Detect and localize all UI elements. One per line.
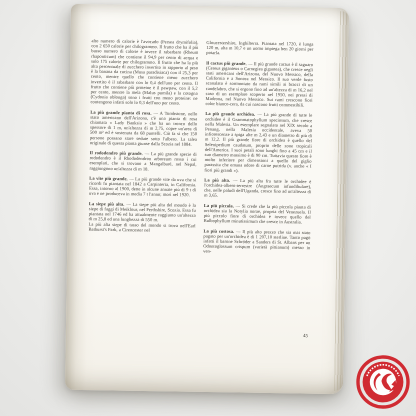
paragraph-continuation: alto numero di calorie è l'avocado (Pers…	[90, 38, 198, 106]
record-entry-vine: La vite più grande. — La più grande vite…	[89, 176, 196, 198]
record-entry-rhododendron: Il rododendro più grande. — La più grand…	[89, 150, 196, 172]
record-entry-cactus: Il cactus più grande. — Il più grande ca…	[205, 60, 313, 108]
record-entry-orchid-largest: La più grande orchidea. — La più grande …	[204, 111, 312, 174]
record-entry-hedge: La siepe più alta. — La siepe più alta d…	[89, 201, 196, 223]
record-body: — Il più grande cactus è il saguaro (Cer…	[205, 61, 313, 108]
photo-scene: alto numero di calorie è l'avocado (Pers…	[0, 0, 416, 416]
watermark-stamp	[356, 355, 410, 409]
book-page-photo: alto numero di calorie è l'avocado (Pers…	[65, 4, 349, 394]
record-entry-rose-plant: La più grande pianta di rosa. — A Tombst…	[90, 109, 198, 146]
right-text-column: Gloucestershire, Inghilterra. Piantata n…	[203, 40, 313, 260]
paragraph-text: Gloucestershire, Inghilterra. Piantata n…	[206, 40, 313, 55]
record-body: La più alta siepe di tasso del mondo si …	[88, 221, 195, 232]
record-entry-orchid-smallest: La più piccola. — Si crede che la più pi…	[204, 203, 311, 225]
record-entry-orchid-most-expensive: La più costosa. — Il più alto prezzo che…	[203, 228, 310, 255]
red-circular-stamp-icon	[356, 355, 410, 409]
record-entry-hedge-yew: La più alta siepe di tasso del mondo si …	[88, 221, 195, 233]
record-entry-orchid-tallest: La più alta. — La più alta fra tutte le …	[204, 177, 311, 199]
paragraph-continuation: Gloucestershire, Inghilterra. Piantata n…	[206, 40, 313, 57]
left-text-column: alto numero di calorie è l'avocado (Pers…	[88, 38, 198, 258]
record-body: — La più grande di tutte le orchidee è i…	[204, 112, 312, 173]
record-body: — A Tombstone, nello stato americano del…	[90, 110, 198, 146]
printed-text-block: alto numero di calorie è l'avocado (Pers…	[86, 38, 313, 361]
paragraph-text: alto numero di calorie è l'avocado (Pers…	[90, 38, 198, 106]
page-number: 45	[303, 334, 308, 339]
